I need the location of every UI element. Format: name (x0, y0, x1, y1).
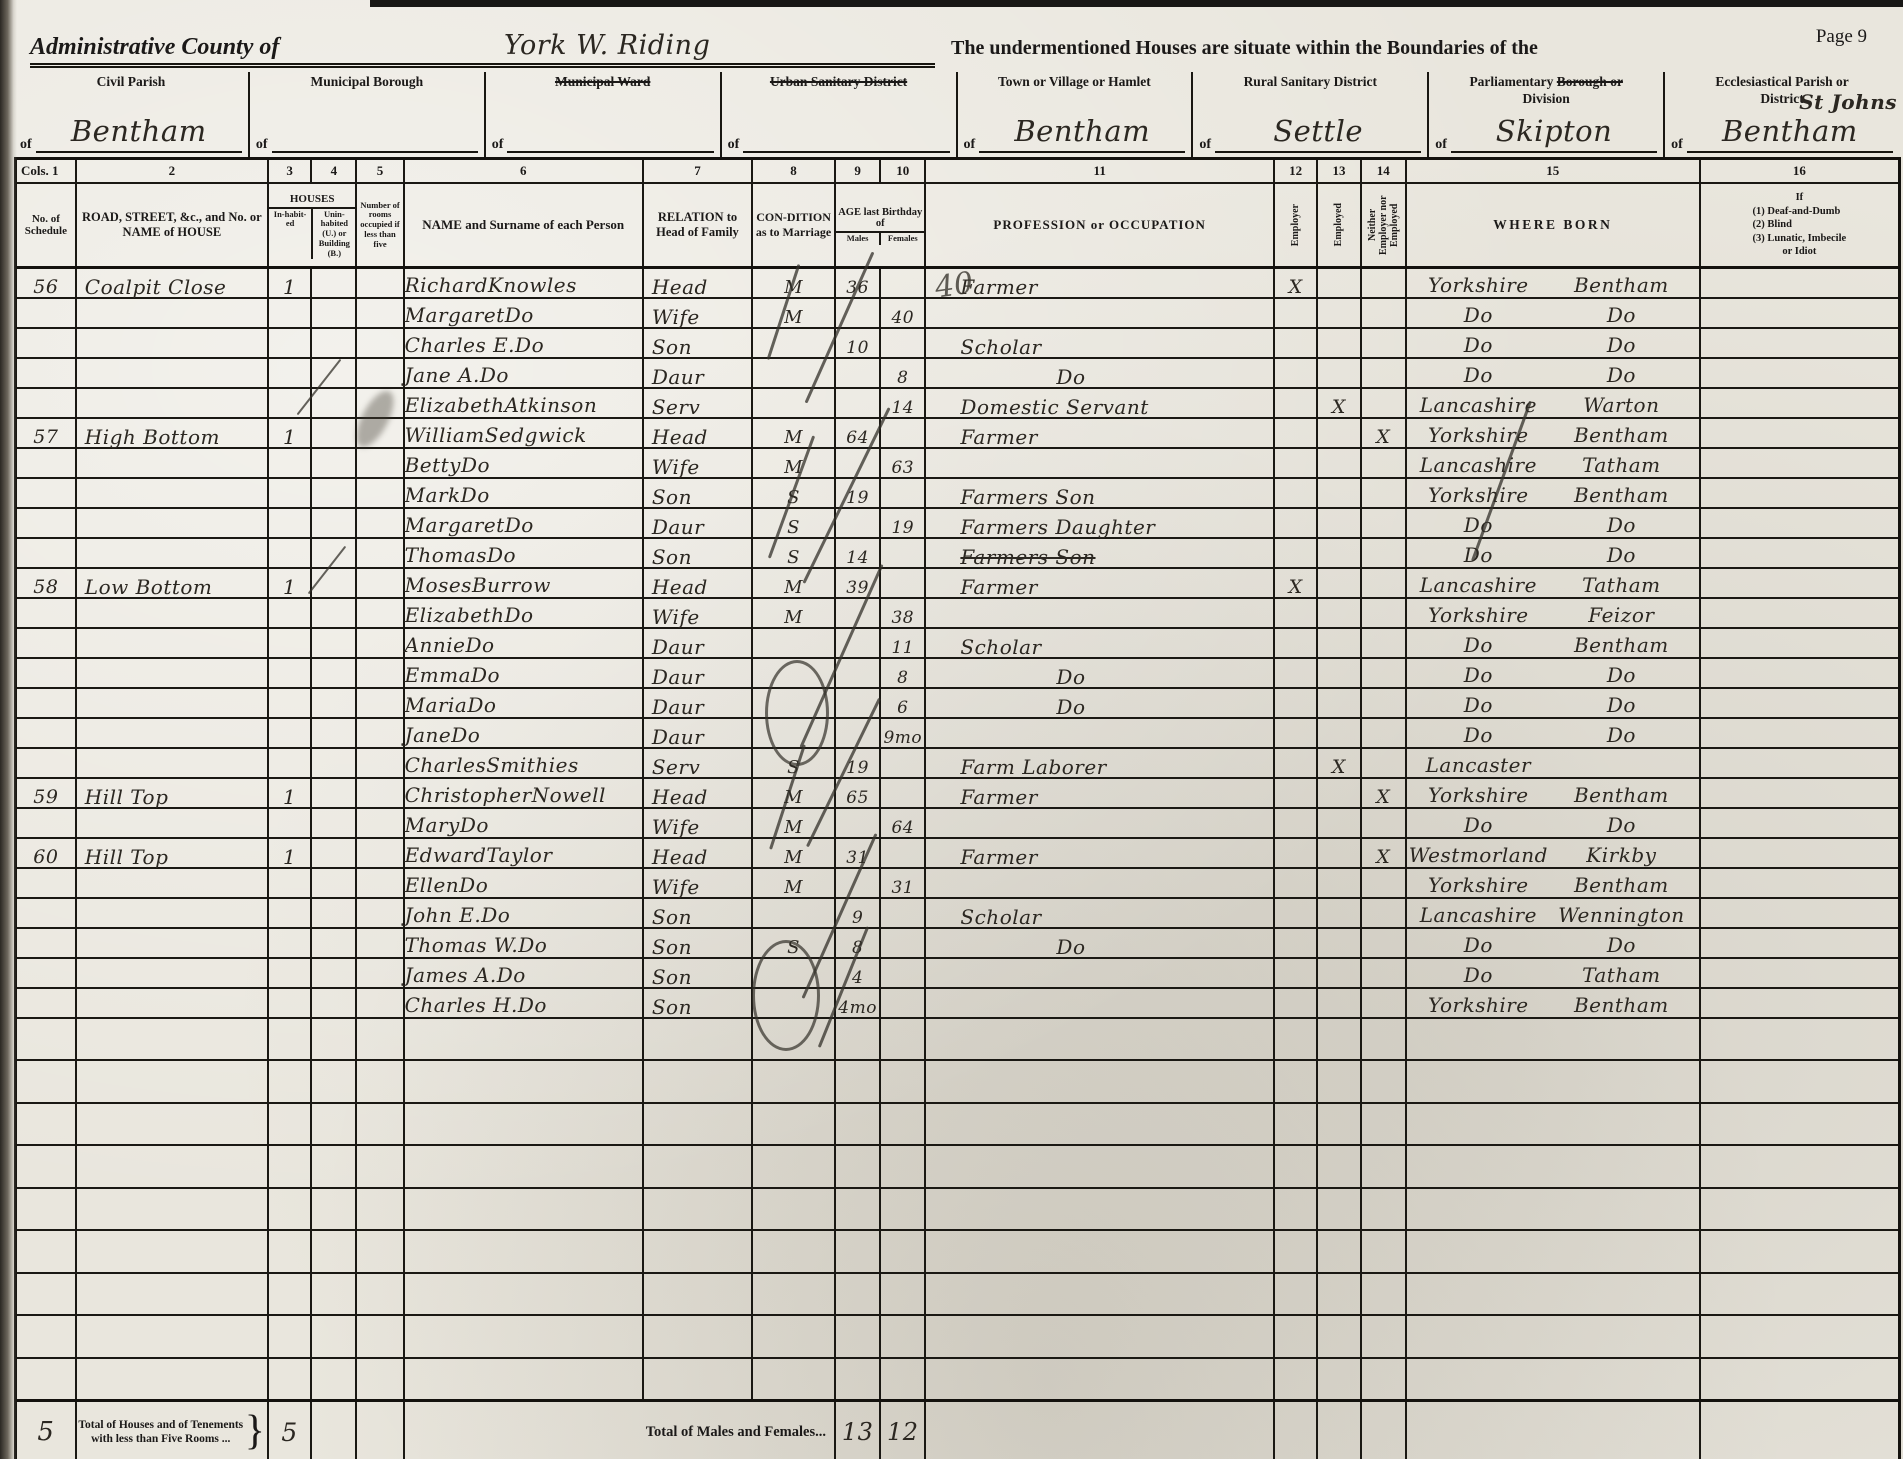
inhabited-cell (268, 718, 311, 748)
name-cell: MargaretDo (404, 508, 643, 538)
given-name: Thomas (405, 543, 487, 567)
district-label: Rural Sanitary District (1199, 74, 1421, 91)
employer-mark-cell (1274, 598, 1317, 628)
census-row: MarkDo Son S 19 Farmers Son YorkshireBen… (16, 478, 1900, 508)
col-number: 6 (404, 159, 643, 184)
age-male-cell (835, 388, 880, 418)
census-row: ElizabethDo Wife M 38 YorkshireFeizor (16, 598, 1900, 628)
census-row: 57 High Bottom 1 WilliamSedgwick Head M … (16, 418, 1900, 448)
age-female-cell: 64 (880, 808, 925, 838)
born-place: Do (1550, 725, 1693, 745)
given-name: James A. (405, 963, 497, 987)
born-place: Bentham (1550, 635, 1693, 655)
district-label: Ecclesiastical Parish or District St Joh… (1671, 74, 1893, 108)
employer-mark-cell (1274, 688, 1317, 718)
born-county: Lancashire (1407, 905, 1550, 925)
employed-mark-cell (1317, 298, 1360, 328)
schedule-number-cell (16, 928, 76, 958)
header-females: Females (879, 233, 924, 245)
rooms-cell (356, 988, 403, 1018)
infirmity-cell (1700, 868, 1900, 898)
census-row: MaryDo Wife M 64 DoDo (16, 808, 1900, 838)
employed-mark-cell (1317, 328, 1360, 358)
age-female-cell (880, 328, 925, 358)
where-born-cell: DoDo (1406, 658, 1700, 688)
given-name: Maria (405, 693, 468, 717)
totals-males-females-label: Total of Males and Females... (404, 1400, 835, 1459)
schedule-number-cell (16, 718, 76, 748)
surname: Taylor (486, 843, 552, 867)
district-label: Civil Parish (20, 74, 242, 91)
condition-cell: S (752, 508, 835, 538)
col-number: 9 (835, 159, 880, 184)
relation-cell: Son (643, 538, 752, 568)
neither-mark-cell (1361, 988, 1406, 1018)
relation-cell: Son (643, 328, 752, 358)
neither-mark-cell (1361, 598, 1406, 628)
born-county: Lancashire (1407, 575, 1550, 595)
occupation-cell: Farmer (925, 838, 1274, 868)
district-label: Municipal Ward (492, 74, 714, 91)
surname: Sedgwick (485, 423, 587, 447)
infirmity-cell (1700, 508, 1900, 538)
neither-mark-cell (1361, 868, 1406, 898)
uninhabited-cell (311, 418, 356, 448)
where-born-cell: DoDo (1406, 298, 1700, 328)
house-name-cell (76, 298, 268, 328)
neither-mark-cell (1361, 478, 1406, 508)
condition-cell: M (752, 448, 835, 478)
house-name-cell (76, 658, 268, 688)
infirmity-cell (1700, 658, 1900, 688)
totals-brace: } (245, 1413, 267, 1451)
employer-mark-cell (1274, 838, 1317, 868)
inhabited-cell (268, 658, 311, 688)
header-neither: Neither Employer nor Employed (1361, 183, 1406, 268)
born-county: Lancaster (1407, 755, 1550, 775)
condition-cell: M (752, 418, 835, 448)
inhabited-cell (268, 898, 311, 928)
inhabited-cell (268, 358, 311, 388)
census-row: EmmaDo Daur 8 Do DoDo (16, 658, 1900, 688)
surname: Do (487, 543, 516, 567)
rooms-cell (356, 718, 403, 748)
schedule-number-cell (16, 658, 76, 688)
neither-mark-cell (1361, 808, 1406, 838)
header-inhabited: In-habit-ed (269, 209, 311, 260)
schedule-number-cell (16, 988, 76, 1018)
born-county: Yorkshire (1407, 275, 1550, 295)
col-number: 14 (1361, 159, 1406, 184)
house-name-cell (76, 808, 268, 838)
infirmity-cell (1700, 778, 1900, 808)
totals-houses-label: Total of Houses and of Tenements with le… (77, 1418, 245, 1447)
page-number: Page 9 (1816, 26, 1877, 68)
rooms-cell (356, 778, 403, 808)
census-row: John E.Do Son 9 Scholar LancashireWennin… (16, 898, 1900, 928)
given-name: Jane A. (405, 363, 480, 387)
census-row: ThomasDo Son S 14 Farmers Son DoDo (16, 538, 1900, 568)
uninhabited-cell (311, 718, 356, 748)
occupation-cell: Farmer (925, 778, 1274, 808)
totals-houses-value: 5 (268, 1400, 311, 1459)
relation-cell: Wife (643, 808, 752, 838)
where-born-cell: DoBentham (1406, 628, 1700, 658)
schedule-number-cell (16, 298, 76, 328)
occupation-cell: Do (925, 928, 1274, 958)
age-male-cell (835, 508, 880, 538)
employer-mark-cell (1274, 538, 1317, 568)
employer-mark-cell (1274, 358, 1317, 388)
inhabited-cell (268, 748, 311, 778)
age-female-cell (880, 898, 925, 928)
schedule-number-cell (16, 808, 76, 838)
occupation-cell (925, 988, 1274, 1018)
where-born-cell: LancashireWarton (1406, 388, 1700, 418)
col-number: 15 (1406, 159, 1700, 184)
surname: Do (461, 483, 490, 507)
age-female-cell: 19 (880, 508, 925, 538)
infirmity-cell (1700, 388, 1900, 418)
col-number: 13 (1317, 159, 1360, 184)
schedule-number-cell (16, 358, 76, 388)
name-cell: AnnieDo (404, 628, 643, 658)
header-name-surname: NAME and Surname of each Person (404, 183, 643, 268)
schedule-number-cell (16, 598, 76, 628)
house-name-cell (76, 598, 268, 628)
name-cell: ElizabethDo (404, 598, 643, 628)
age-female-cell (880, 988, 925, 1018)
uninhabited-cell (311, 658, 356, 688)
given-name: Edward (405, 843, 487, 867)
rooms-cell (356, 418, 403, 448)
name-cell: EmmaDo (404, 658, 643, 688)
age-male-cell (835, 808, 880, 838)
census-row: Charles H.Do Son 4mo YorkshireBentham (16, 988, 1900, 1018)
condition-cell (752, 688, 835, 718)
district-label: Municipal Borough (256, 74, 478, 91)
district-label-text: Ecclesiastical Parish or (1715, 74, 1848, 89)
rooms-cell (356, 928, 403, 958)
occupation-cell: Scholar (925, 898, 1274, 928)
relation-cell: Daur (643, 718, 752, 748)
born-place: Feizor (1550, 605, 1693, 625)
employed-mark-cell (1317, 448, 1360, 478)
employer-mark-cell (1274, 748, 1317, 778)
occupation-cell (925, 298, 1274, 328)
district-handwritten-note: St Johns (1799, 92, 1897, 112)
occupation-cell: Scholar (925, 628, 1274, 658)
of-prefix: of (964, 137, 980, 153)
infirmity-cell (1700, 298, 1900, 328)
relation-cell: Wife (643, 868, 752, 898)
where-born-cell: LancashireTatham (1406, 568, 1700, 598)
where-born-cell: YorkshireFeizor (1406, 598, 1700, 628)
rooms-cell (356, 358, 403, 388)
employed-mark-cell (1317, 508, 1360, 538)
given-name: Ellen (405, 873, 460, 897)
occupation-cell (925, 958, 1274, 988)
born-place: Do (1550, 335, 1693, 355)
infirmity-cell (1700, 808, 1900, 838)
uninhabited-cell (311, 898, 356, 928)
neither-mark-cell (1361, 538, 1406, 568)
uninhabited-cell (311, 808, 356, 838)
employed-mark-cell (1317, 928, 1360, 958)
inhabited-cell: 1 (268, 838, 311, 868)
rooms-cell (356, 538, 403, 568)
surname: Do (471, 663, 500, 687)
age-female-cell: 31 (880, 868, 925, 898)
age-male-cell: 19 (835, 478, 880, 508)
age-male-cell (835, 298, 880, 328)
surname: Do (505, 513, 534, 537)
neither-mark-cell (1361, 658, 1406, 688)
district-value-line: of Bentham (964, 117, 1186, 153)
relation-cell: Daur (643, 628, 752, 658)
neither-mark-cell (1361, 628, 1406, 658)
house-name-cell: Hill Top (76, 838, 268, 868)
uninhabited-cell (311, 388, 356, 418)
employer-mark-cell (1274, 448, 1317, 478)
age-male-cell (835, 868, 880, 898)
neither-mark-cell (1361, 388, 1406, 418)
neither-mark-cell (1361, 508, 1406, 538)
col-number: 5 (356, 159, 403, 184)
occupation-cell: Farmer (925, 418, 1274, 448)
age-male-cell: 14 (835, 538, 880, 568)
house-name-cell (76, 478, 268, 508)
surname: Do (461, 453, 490, 477)
infirmity-cell (1700, 838, 1900, 868)
house-name-cell (76, 388, 268, 418)
name-cell: MarkDo (404, 478, 643, 508)
condition-cell (752, 628, 835, 658)
district-value: Skipton (1496, 114, 1613, 148)
header-profession: PROFESSION or OCCUPATION (925, 183, 1274, 268)
employer-mark-cell (1274, 868, 1317, 898)
where-born-cell: DoDo (1406, 538, 1700, 568)
header-condition: CON-DITION as to Marriage (752, 183, 835, 268)
col-number: 8 (752, 159, 835, 184)
infirmity-cell (1700, 988, 1900, 1018)
neither-mark-cell (1361, 448, 1406, 478)
relation-cell: Serv (643, 388, 752, 418)
census-row: JaneDo Daur 9mo DoDo (16, 718, 1900, 748)
born-county: Yorkshire (1407, 605, 1550, 625)
district-label-struck-text: Borough or (1557, 74, 1623, 89)
uninhabited-cell (311, 598, 356, 628)
district-value-line: of (256, 117, 478, 153)
occupation-cell (925, 808, 1274, 838)
neither-mark-cell (1361, 688, 1406, 718)
employed-mark-cell: X (1317, 748, 1360, 778)
inhabited-cell: 1 (268, 268, 311, 298)
born-place: Do (1550, 515, 1693, 535)
occupation-cell: Do (925, 358, 1274, 388)
occupation-cell: Farmers Son (925, 538, 1274, 568)
born-county: Lancashire (1407, 455, 1550, 475)
surname: Do (518, 993, 547, 1017)
district-value-underline (743, 117, 949, 153)
rooms-cell (356, 958, 403, 988)
employer-mark-cell (1274, 778, 1317, 808)
relation-cell: Son (643, 958, 752, 988)
census-row: Thomas W.Do Son S 8 Do DoDo (16, 928, 1900, 958)
rooms-cell (356, 628, 403, 658)
district-value: Settle (1273, 114, 1363, 148)
employer-mark-cell (1274, 988, 1317, 1018)
neither-mark-cell (1361, 928, 1406, 958)
relation-cell: Son (643, 988, 752, 1018)
where-born-cell: DoDo (1406, 718, 1700, 748)
born-county: Yorkshire (1407, 875, 1550, 895)
infirmity-cell (1700, 748, 1900, 778)
born-county: Yorkshire (1407, 785, 1550, 805)
where-born-cell: LancashireWennington (1406, 898, 1700, 928)
admin-county-label: Administrative County of (30, 34, 279, 61)
relation-cell: Serv (643, 748, 752, 778)
born-county: Do (1407, 635, 1550, 655)
uninhabited-cell (311, 358, 356, 388)
born-place: Bentham (1550, 425, 1693, 445)
name-cell: Charles H.Do (404, 988, 643, 1018)
born-county: Do (1407, 665, 1550, 685)
census-table-header: Cols. 1 2 3 4 5 6 7 8 9 10 11 12 13 14 1… (16, 159, 1900, 268)
schedule-number-cell (16, 868, 76, 898)
age-female-cell: 40 (880, 298, 925, 328)
age-male-cell: 19 (835, 748, 880, 778)
district-label-text: Parliamentary (1469, 74, 1553, 89)
rooms-cell (356, 328, 403, 358)
schedule-number-cell: 58 (16, 568, 76, 598)
header-infirmity-items: (1) Deaf-and-Dumb (2) Blind (3) Lunatic,… (1753, 205, 1847, 260)
district-label: Town or Village or Hamlet (964, 74, 1186, 91)
district-label-second-line: Division (1435, 91, 1657, 108)
born-county: Do (1407, 545, 1550, 565)
born-county: Westmorland (1407, 845, 1550, 865)
house-name-cell (76, 628, 268, 658)
employed-mark-cell (1317, 838, 1360, 868)
district-value-underline (507, 117, 713, 153)
header-houses-group: HOUSES In-habit-ed Unin-habited (U.) or … (268, 183, 357, 268)
neither-mark-cell (1361, 568, 1406, 598)
schedule-number-cell (16, 388, 76, 418)
col-number: 10 (880, 159, 925, 184)
schedule-number-cell: 57 (16, 418, 76, 448)
condition-cell: M (752, 868, 835, 898)
header-rooms: Number of rooms occupied if less than fi… (356, 183, 403, 268)
born-county: Do (1407, 305, 1550, 325)
district-value: Bentham (1014, 114, 1150, 148)
census-row: CharlesSmithies Serv S 19 Farm Laborer X… (16, 748, 1900, 778)
born-place: Bentham (1550, 275, 1693, 295)
header-age-title: AGE last Birthday of (836, 205, 924, 233)
condition-cell: S (752, 748, 835, 778)
given-name: Christopher (405, 783, 532, 807)
occupation-cell: Farmers Son (925, 478, 1274, 508)
infirmity-cell (1700, 958, 1900, 988)
rooms-cell (356, 478, 403, 508)
col-number: 7 (643, 159, 752, 184)
relation-cell: Daur (643, 508, 752, 538)
infirmity-cell (1700, 928, 1900, 958)
condition-cell (752, 358, 835, 388)
employer-mark-cell: X (1274, 568, 1317, 598)
uninhabited-cell (311, 988, 356, 1018)
infirmity-cell (1700, 418, 1900, 448)
condition-cell: S (752, 478, 835, 508)
uninhabited-cell (311, 268, 356, 298)
infirmity-cell (1700, 358, 1900, 388)
infirmity-cell (1700, 688, 1900, 718)
uninhabited-cell (311, 328, 356, 358)
page-binding-edge (0, 0, 17, 1459)
district-box: Town or Village or Hamlet of Bentham (956, 72, 1192, 157)
uninhabited-cell (311, 508, 356, 538)
census-table: Cols. 1 2 3 4 5 6 7 8 9 10 11 12 13 14 1… (14, 157, 1901, 1459)
uninhabited-cell (311, 838, 356, 868)
age-male-cell: 4mo (835, 988, 880, 1018)
employer-mark-cell: X (1274, 268, 1317, 298)
born-place: Bentham (1550, 995, 1693, 1015)
infirmity-cell (1700, 898, 1900, 928)
col-number: 3 (268, 159, 311, 184)
relation-cell: Wife (643, 298, 752, 328)
age-male-cell: 10 (835, 328, 880, 358)
born-place: Tatham (1550, 575, 1693, 595)
age-female-cell: 38 (880, 598, 925, 628)
blank-row (16, 1145, 1900, 1188)
rooms-cell (356, 598, 403, 628)
relation-cell: Head (643, 268, 752, 298)
employed-mark-cell (1317, 358, 1360, 388)
age-female-cell (880, 268, 925, 298)
age-female-cell: 11 (880, 628, 925, 658)
house-name-cell (76, 538, 268, 568)
employed-mark-cell (1317, 598, 1360, 628)
condition-cell (752, 718, 835, 748)
uninhabited-cell (311, 538, 356, 568)
age-female-cell (880, 928, 925, 958)
given-name: Charles E. (405, 333, 515, 357)
col-number: Cols. 1 (16, 159, 76, 184)
occupation-cell (925, 718, 1274, 748)
born-place: Warton (1550, 395, 1693, 415)
name-cell: John E.Do (404, 898, 643, 928)
header-relation: RELATION to Head of Family (643, 183, 752, 268)
house-name-cell (76, 748, 268, 778)
where-born-cell: YorkshireBentham (1406, 868, 1700, 898)
uninhabited-cell (311, 298, 356, 328)
born-county: Lancashire (1407, 395, 1550, 415)
surname: Do (480, 363, 509, 387)
neither-mark-cell: X (1361, 778, 1406, 808)
name-cell: MaryDo (404, 808, 643, 838)
given-name: Annie (405, 633, 466, 657)
employer-mark-cell (1274, 628, 1317, 658)
name-cell: ChristopherNowell (404, 778, 643, 808)
age-male-cell (835, 658, 880, 688)
of-prefix: of (1435, 137, 1451, 153)
occupation-cell: Farmer (925, 568, 1274, 598)
given-name: Moses (405, 573, 472, 597)
given-name: Elizabeth (405, 603, 505, 627)
infirmity-cell (1700, 538, 1900, 568)
census-row: 60 Hill Top 1 EdwardTaylor Head M 31 Far… (16, 838, 1900, 868)
born-county: Do (1407, 365, 1550, 385)
rooms-cell (356, 898, 403, 928)
